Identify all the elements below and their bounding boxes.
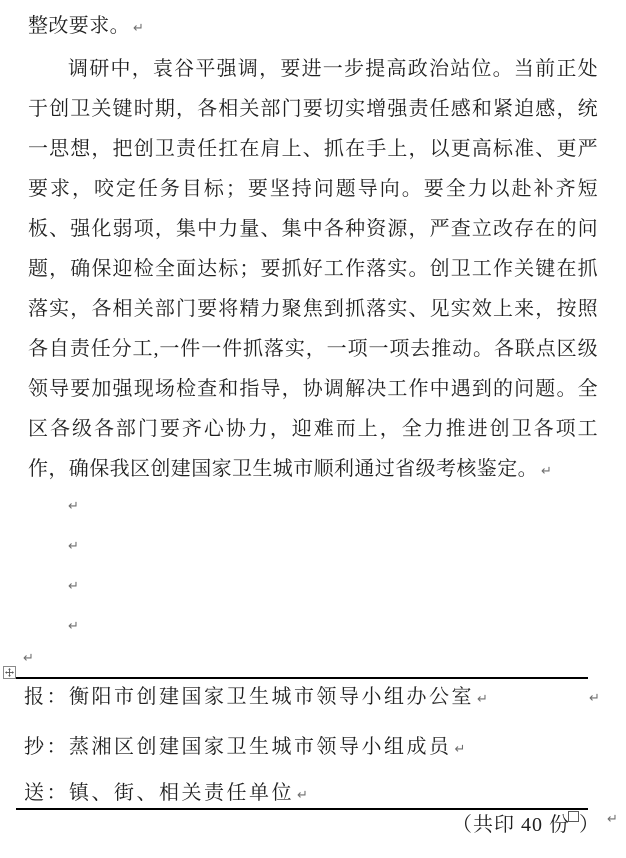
paragraph-main[interactable]: 调研中，袁谷平强调，要进一步提高政治站位。当前正处于创卫关键时期，各相关部门要切… — [28, 49, 598, 492]
empty-paragraph-mark-icon: ↵ — [68, 620, 79, 633]
document-body: 整改要求。↵ 调研中，袁谷平强调，要进一步提高政治站位。当前正处于创卫关键时期，… — [28, 6, 598, 492]
row-end-mark-icon: ↵ — [589, 692, 600, 705]
table-move-handle-icon[interactable] — [3, 666, 16, 679]
document-page: 整改要求。↵ 调研中，袁谷平强调，要进一步提高政治站位。当前正处于创卫关键时期，… — [0, 0, 626, 858]
distribution-row-text: 送：镇、街、相关责任单位 — [24, 782, 294, 804]
paragraph-text: 整改要求。 — [28, 15, 130, 37]
paragraph-mark-icon: ↵ — [133, 21, 144, 36]
distribution-row-send[interactable]: 送：镇、街、相关责任单位↵ — [24, 782, 588, 804]
move-arrows-icon — [5, 668, 14, 677]
cell-end-mark-icon: ↵ — [477, 692, 488, 707]
paragraph-text: 调研中，袁谷平强调，要进一步提高政治站位。当前正处于创卫关键时期，各相关部门要切… — [28, 58, 598, 480]
empty-paragraph-mark-icon: ↵ — [23, 652, 34, 665]
unknown-glyph-box — [568, 811, 579, 822]
empty-paragraph-mark-icon: ↵ — [68, 540, 79, 553]
distribution-row-text: 报：衡阳市创建国家卫生城市领导小组办公室 — [24, 686, 474, 708]
print-count-text: （共印 40 份 — [452, 814, 570, 836]
cell-end-mark-icon: ↵ — [455, 742, 466, 757]
print-count-text: ） — [579, 814, 600, 836]
distribution-row-copy[interactable]: 抄：蒸湘区创建国家卫生城市领导小组成员↵ — [24, 736, 588, 758]
paragraph-mark-icon: ↵ — [607, 813, 618, 826]
print-count[interactable]: （共印 40 份） — [0, 808, 600, 837]
paragraph-continuation[interactable]: 整改要求。↵ — [28, 6, 598, 49]
empty-paragraph-mark-icon: ↵ — [68, 580, 79, 593]
empty-paragraph-mark-icon: ↵ — [68, 500, 79, 513]
distribution-row-text: 抄：蒸湘区创建国家卫生城市领导小组成员 — [24, 736, 452, 758]
distribution-table: 报：衡阳市创建国家卫生城市领导小组办公室↵ 抄：蒸湘区创建国家卫生城市领导小组成… — [16, 677, 588, 810]
distribution-row-report[interactable]: 报：衡阳市创建国家卫生城市领导小组办公室↵ — [24, 686, 588, 708]
cell-end-mark-icon: ↵ — [297, 788, 308, 803]
paragraph-mark-icon: ↵ — [541, 464, 552, 479]
